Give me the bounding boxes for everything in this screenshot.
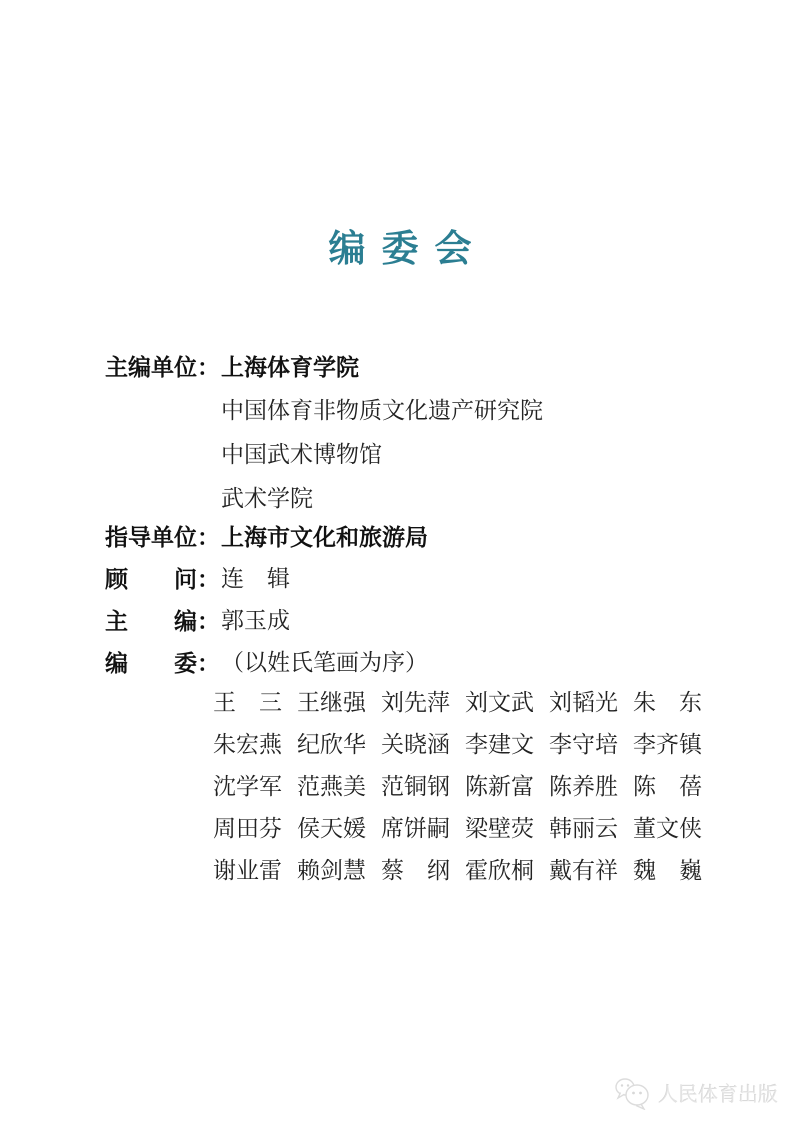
committee-member: 范燕美 <box>297 775 366 799</box>
committee-member: 李建文 <box>465 733 534 757</box>
masthead-row: 指导单位： 上海市文化和旅游局 <box>105 525 543 549</box>
committee-row: 周田芬 侯天媛 席饼嗣 梁壁荧 韩丽云 董文侠 <box>213 817 702 841</box>
committee-member: 谢业雷 <box>213 859 282 883</box>
committee-row: 谢业雷 赖剑慧 蔡 纲 霍欣桐 戴有祥 魏 巍 <box>213 859 702 883</box>
row-value: 郭玉成 <box>221 609 290 633</box>
wechat-icon <box>614 1076 652 1114</box>
book-page: 编委会 主编单位： 上海体育学院 中国体育非物质文化遗产研究院 中国武术博物馆 … <box>0 0 800 1129</box>
row-value: 上海市文化和旅游局 <box>221 525 428 549</box>
row-label: 顾 问： <box>105 567 221 591</box>
publisher-watermark: 人民体育出版 <box>614 1076 778 1114</box>
committee-member: 周田芬 <box>213 817 282 841</box>
committee-member: 席饼嗣 <box>381 817 450 841</box>
committee-member: 王 三 <box>213 691 282 715</box>
committee-member: 刘先萍 <box>381 691 450 715</box>
committee-member: 赖剑慧 <box>297 859 366 883</box>
committee-member: 关晓涵 <box>381 733 450 757</box>
committee-member: 沈学军 <box>213 775 282 799</box>
masthead-row: 主 编： 郭玉成 <box>105 609 543 633</box>
committee-member: 李齐镇 <box>633 733 702 757</box>
row-value: 连 辑 <box>221 567 290 591</box>
committee-member: 纪欣华 <box>297 733 366 757</box>
page-title: 编委会 <box>0 226 800 270</box>
row-label: 编 委： <box>105 651 221 675</box>
committee-member: 刘文武 <box>465 691 534 715</box>
committee-member: 韩丽云 <box>549 817 618 841</box>
masthead-row: 中国体育非物质文化遗产研究院 <box>105 399 543 423</box>
watermark-text: 人民体育出版 <box>658 1077 778 1113</box>
committee-member: 戴有祥 <box>549 859 618 883</box>
committee-member: 范铜钢 <box>381 775 450 799</box>
row-value: 武术学院 <box>221 487 313 511</box>
row-value: （以姓氏笔画为序） <box>221 651 428 675</box>
masthead-row: 编 委： （以姓氏笔画为序） <box>105 651 543 675</box>
committee-member: 陈 蓓 <box>633 775 702 799</box>
masthead-row: 主编单位： 上海体育学院 <box>105 355 543 379</box>
committee-member: 梁壁荧 <box>465 817 534 841</box>
committee-member: 魏 巍 <box>633 859 702 883</box>
committee-row: 沈学军 范燕美 范铜钢 陈新富 陈养胜 陈 蓓 <box>213 775 702 799</box>
committee-member: 董文侠 <box>633 817 702 841</box>
masthead: 主编单位： 上海体育学院 中国体育非物质文化遗产研究院 中国武术博物馆 武术学院… <box>105 355 543 693</box>
row-label: 主编单位： <box>105 355 221 379</box>
committee-member: 蔡 纲 <box>381 859 450 883</box>
committee-member: 李守培 <box>549 733 618 757</box>
masthead-row: 中国武术博物馆 <box>105 443 543 467</box>
row-value: 中国武术博物馆 <box>221 443 382 467</box>
masthead-row: 顾 问： 连 辑 <box>105 567 543 591</box>
committee-member: 霍欣桐 <box>465 859 534 883</box>
committee-member: 侯天媛 <box>297 817 366 841</box>
masthead-row: 武术学院 <box>105 487 543 511</box>
row-value: 上海体育学院 <box>221 355 359 379</box>
committee-row: 朱宏燕 纪欣华 关晓涵 李建文 李守培 李齐镇 <box>213 733 702 757</box>
committee-member: 朱 东 <box>633 691 702 715</box>
committee-member: 王继强 <box>297 691 366 715</box>
row-label: 指导单位： <box>105 525 221 549</box>
committee-name-grid: 王 三 王继强 刘先萍 刘文武 刘韬光 朱 东 朱宏燕 纪欣华 关晓涵 李建文 … <box>213 691 702 901</box>
committee-member: 陈养胜 <box>549 775 618 799</box>
committee-member: 刘韬光 <box>549 691 618 715</box>
committee-member: 陈新富 <box>465 775 534 799</box>
committee-row: 王 三 王继强 刘先萍 刘文武 刘韬光 朱 东 <box>213 691 702 715</box>
committee-member: 朱宏燕 <box>213 733 282 757</box>
row-value: 中国体育非物质文化遗产研究院 <box>221 399 543 423</box>
row-label: 主 编： <box>105 609 221 633</box>
